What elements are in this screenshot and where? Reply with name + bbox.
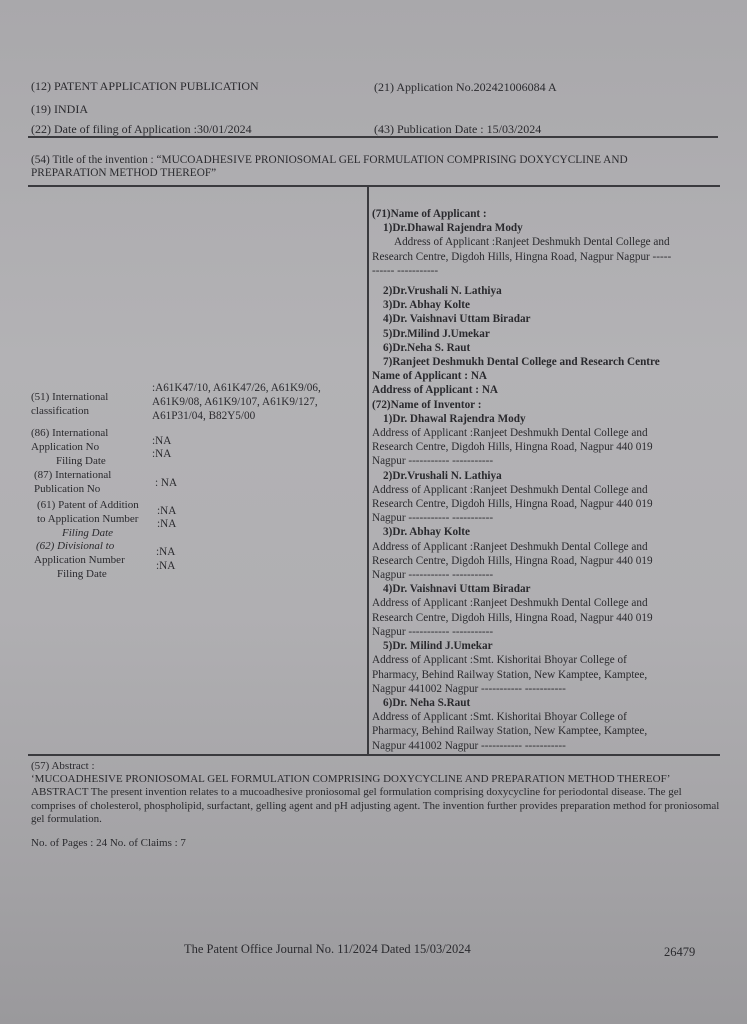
applicant-7-name: 7)Ranjeet Deshmukh Dental College and Re… [372,355,722,369]
applicants-heading: (71)Name of Applicant : [372,207,722,221]
field-61-label-1: (61) Patent of Addition [37,499,139,511]
inventor-3-address-2: Research Centre, Digdoh Hills, Hingna Ro… [372,554,722,568]
field-61-label-3: Filing Date [62,527,113,539]
field-86-label-3: Filing Date [56,455,106,467]
applicant-name-na: Name of Applicant : NA [372,369,722,383]
field-62-label-3: Filing Date [57,568,107,580]
inventor-5-address-1: Address of Applicant :Smt. Kishoritai Bh… [372,653,722,667]
filing-date: (22) Date of filing of Application :30/0… [31,122,252,137]
field-51-label-2: classification [31,405,89,417]
inventor-1-address-1: Address of Applicant :Ranjeet Deshmukh D… [372,426,722,440]
inventor-4-address-1: Address of Applicant :Ranjeet Deshmukh D… [372,596,722,610]
inventor-6-address-2: Pharmacy, Behind Railway Station, New Ka… [372,724,722,738]
field-87-label-2: Publication No [34,483,100,495]
applicant-inventor-column: (71)Name of Applicant : 1)Dr.Dhawal Raje… [372,207,722,753]
inventor-6-address-3: Nagpur 441002 Nagpur ----------- -------… [372,739,722,753]
invention-title: (54) Title of the invention : “MUCOADHES… [31,154,721,180]
publication-type: (12) PATENT APPLICATION PUBLICATION [31,79,259,94]
inventor-6-name: 6)Dr. Neha S.Raut [372,696,722,710]
field-61-value-2: :NA [157,518,176,531]
inventor-2: 2)Dr.Vrushali N. Lathiya Address of Appl… [372,469,722,526]
inventor-2-address-2: Research Centre, Digdoh Hills, Hingna Ro… [372,497,722,511]
applicant-1-address-3: ------ ----------- [372,264,722,278]
inventor-6: 6)Dr. Neha S.Raut Address of Applicant :… [372,696,722,753]
inventor-1-address-3: Nagpur ----------- ----------- [372,454,722,468]
page-number: 26479 [664,945,695,960]
field-61-value-1: :NA [157,505,176,518]
field-87-label-1: (87) International [34,469,111,481]
field-51-value-1: :A61K47/10, A61K47/26, A61K9/06, [152,382,321,395]
application-number: (21) Application No.202421006084 A [374,80,557,95]
field-62-label-1: (62) Divisional to [36,540,114,552]
applicant-2-name: 2)Dr.Vrushali N. Lathiya [372,284,722,298]
inventor-6-address-1: Address of Applicant :Smt. Kishoritai Bh… [372,710,722,724]
abstract-section: (57) Abstract : ‘MUCOADHESIVE PRONIOSOMA… [31,760,721,850]
patent-publication-page: (12) PATENT APPLICATION PUBLICATION (19)… [0,0,747,1024]
field-51-value-2: A61K9/08, A61K9/107, A61K9/127, [152,396,318,409]
field-51-value-3: A61P31/04, B82Y5/00 [152,410,255,423]
title-line-1: (54) Title of the invention : “MUCOADHES… [31,154,721,167]
field-86-label-1: (86) International [31,427,108,439]
inventor-3: 3)Dr. Abhay Kolte Address of Applicant :… [372,525,722,582]
inventor-2-address-1: Address of Applicant :Ranjeet Deshmukh D… [372,483,722,497]
applicant-6-name: 6)Dr.Neha S. Raut [372,341,722,355]
inventor-2-address-3: Nagpur ----------- ----------- [372,511,722,525]
field-51-label-1: (51) International [31,391,108,403]
inventor-3-address-3: Nagpur ----------- ----------- [372,568,722,582]
field-62-label-2: Application Number [34,554,125,566]
applicant-address-na: Address of Applicant : NA [372,383,722,397]
inventor-2-name: 2)Dr.Vrushali N. Lathiya [372,469,722,483]
journal-footer: The Patent Office Journal No. 11/2024 Da… [184,942,471,957]
column-divider [367,187,369,754]
inventors-heading: (72)Name of Inventor : [372,398,722,412]
inventor-5-name: 5)Dr. Milind J.Umekar [372,639,722,653]
field-62-value-1: :NA [156,546,175,559]
inventor-1-address-2: Research Centre, Digdoh Hills, Hingna Ro… [372,440,722,454]
abstract-text: ‘MUCOADHESIVE PRONIOSOMAL GEL FORMULATIO… [31,773,721,826]
field-86-value-1: :NA [152,435,171,448]
field-61-label-2: to Application Number [37,513,138,525]
title-line-2: PREPARATION METHOD THEREOF” [31,167,721,180]
pages-and-claims: No. of Pages : 24 No. of Claims : 7 [31,837,721,850]
inventor-4-address-3: Nagpur ----------- ----------- [372,625,722,639]
applicant-5-name: 5)Dr.Milind J.Umekar [372,327,722,341]
abstract-divider [28,754,720,756]
applicant-1-name: 1)Dr.Dhawal Rajendra Mody [372,221,722,235]
inventor-3-address-1: Address of Applicant :Ranjeet Deshmukh D… [372,540,722,554]
field-62-value-2: :NA [156,560,175,573]
inventor-4-address-2: Research Centre, Digdoh Hills, Hingna Ro… [372,611,722,625]
applicant-4-name: 4)Dr. Vaishnavi Uttam Biradar [372,312,722,326]
inventor-1: 1)Dr. Dhawal Rajendra Mody Address of Ap… [372,412,722,469]
inventor-5-address-2: Pharmacy, Behind Railway Station, New Ka… [372,668,722,682]
applicant-1-address-2: Research Centre, Digdoh Hills, Hingna Ro… [372,250,722,264]
title-divider [28,185,720,187]
inventor-5-address-3: Nagpur 441002 Nagpur ----------- -------… [372,682,722,696]
abstract-heading: (57) Abstract : [31,760,721,773]
applicant-3-name: 3)Dr. Abhay Kolte [372,298,722,312]
publication-date: (43) Publication Date : 15/03/2024 [374,122,541,137]
field-86-label-2: Application No [31,441,99,453]
applicant-1-address-1: Address of Applicant :Ranjeet Deshmukh D… [372,235,722,249]
inventor-4-name: 4)Dr. Vaishnavi Uttam Biradar [372,582,722,596]
header-divider [28,136,718,138]
inventors-heading-text: (72)Name of Inventor : [372,399,481,411]
country: (19) INDIA [31,102,88,117]
inventor-1-name: 1)Dr. Dhawal Rajendra Mody [372,412,722,426]
field-86-value-2: :NA [152,448,171,461]
inventor-4: 4)Dr. Vaishnavi Uttam Biradar Address of… [372,582,722,639]
field-87-value: : NA [155,477,177,490]
inventor-5: 5)Dr. Milind J.Umekar Address of Applica… [372,639,722,696]
inventor-3-name: 3)Dr. Abhay Kolte [372,525,722,539]
